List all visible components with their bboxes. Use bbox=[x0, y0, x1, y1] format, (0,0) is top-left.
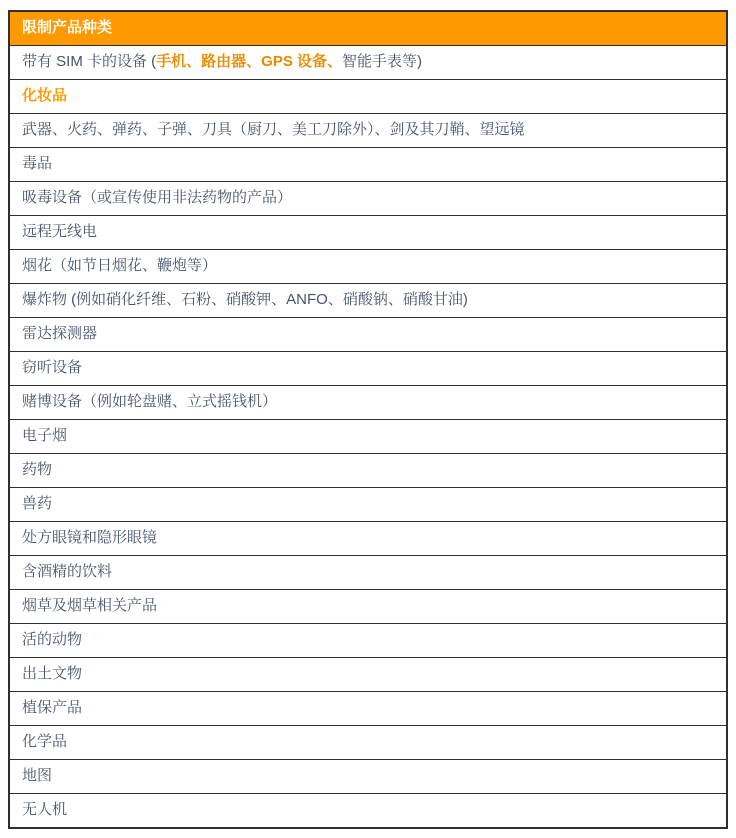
row-cell: 雷达探测器 bbox=[9, 318, 727, 352]
row-text: 处方眼镜和隐形眼镜 bbox=[22, 529, 157, 546]
table-row: 处方眼镜和隐形眼镜 bbox=[9, 522, 727, 556]
row-text: 智能手表等) bbox=[342, 53, 422, 70]
row-cell: 吸毒设备（或宣传使用非法药物的产品） bbox=[9, 182, 727, 216]
row-cell: 地图 bbox=[9, 760, 727, 794]
header-row: 限制产品种类 bbox=[9, 11, 727, 46]
row-text: 窃听设备 bbox=[22, 359, 82, 376]
table-row: 出土文物 bbox=[9, 658, 727, 692]
table-row: 远程无线电 bbox=[9, 216, 727, 250]
table-head: 限制产品种类 bbox=[9, 11, 727, 46]
row-text: 毒品 bbox=[22, 155, 52, 172]
table-row: 烟花（如节日烟花、鞭炮等） bbox=[9, 250, 727, 284]
row-text: 吸毒设备（或宣传使用非法药物的产品） bbox=[22, 189, 292, 206]
row-cell: 毒品 bbox=[9, 148, 727, 182]
row-text: 含酒精的饮料 bbox=[22, 563, 112, 580]
row-text: 植保产品 bbox=[22, 699, 82, 716]
row-cell: 兽药 bbox=[9, 488, 727, 522]
row-text: 无人机 bbox=[22, 801, 67, 818]
row-cell: 烟花（如节日烟花、鞭炮等） bbox=[9, 250, 727, 284]
row-text-highlight: 化妆品 bbox=[22, 87, 67, 104]
table-row: 雷达探测器 bbox=[9, 318, 727, 352]
table-row: 兽药 bbox=[9, 488, 727, 522]
row-text: 兽药 bbox=[22, 495, 52, 512]
row-cell: 无人机 bbox=[9, 794, 727, 829]
page: 限制产品种类 带有 SIM 卡的设备 (手机、路由器、GPS 设备、智能手表等)… bbox=[0, 0, 736, 838]
row-text: 药物 bbox=[22, 461, 52, 478]
table-row: 电子烟 bbox=[9, 420, 727, 454]
table-row: 毒品 bbox=[9, 148, 727, 182]
row-cell: 爆炸物 (例如硝化纤维、石粉、硝酸钾、ANFO、硝酸钠、硝酸甘油) bbox=[9, 284, 727, 318]
row-text: 电子烟 bbox=[22, 427, 67, 444]
table-row: 烟草及烟草相关产品 bbox=[9, 590, 727, 624]
row-cell: 化妆品 bbox=[9, 80, 727, 114]
table-row: 化学品 bbox=[9, 726, 727, 760]
row-text: 赌博设备（例如轮盘赌、立式摇钱机） bbox=[22, 393, 277, 410]
row-text: 雷达探测器 bbox=[22, 325, 97, 342]
row-text: 地图 bbox=[22, 767, 52, 784]
table-row: 药物 bbox=[9, 454, 727, 488]
row-text: 远程无线电 bbox=[22, 223, 97, 240]
row-text: 爆炸物 (例如硝化纤维、石粉、硝酸钾、ANFO、硝酸钠、硝酸甘油) bbox=[22, 291, 468, 308]
row-text: 烟草及烟草相关产品 bbox=[22, 597, 157, 614]
table-row: 爆炸物 (例如硝化纤维、石粉、硝酸钾、ANFO、硝酸钠、硝酸甘油) bbox=[9, 284, 727, 318]
table-row: 含酒精的饮料 bbox=[9, 556, 727, 590]
row-text: 化学品 bbox=[22, 733, 67, 750]
row-cell: 远程无线电 bbox=[9, 216, 727, 250]
row-cell: 化学品 bbox=[9, 726, 727, 760]
table-body: 带有 SIM 卡的设备 (手机、路由器、GPS 设备、智能手表等)化妆品武器、火… bbox=[9, 46, 727, 829]
row-cell: 窃听设备 bbox=[9, 352, 727, 386]
row-text: 武器、火药、弹药、子弹、刀具（厨刀、美工刀除外）、剑及其刀鞘、望远镜 bbox=[22, 121, 525, 138]
row-text-highlight: 手机、路由器、GPS 设备、 bbox=[156, 53, 342, 70]
row-text: 烟花（如节日烟花、鞭炮等） bbox=[22, 257, 217, 274]
row-cell: 植保产品 bbox=[9, 692, 727, 726]
table-row: 带有 SIM 卡的设备 (手机、路由器、GPS 设备、智能手表等) bbox=[9, 46, 727, 80]
table-header-cell: 限制产品种类 bbox=[9, 11, 727, 46]
row-text: 活的动物 bbox=[22, 631, 82, 648]
table-row: 武器、火药、弹药、子弹、刀具（厨刀、美工刀除外）、剑及其刀鞘、望远镜 bbox=[9, 114, 727, 148]
table-row: 吸毒设备（或宣传使用非法药物的产品） bbox=[9, 182, 727, 216]
restricted-products-table: 限制产品种类 带有 SIM 卡的设备 (手机、路由器、GPS 设备、智能手表等)… bbox=[8, 10, 728, 829]
row-cell: 处方眼镜和隐形眼镜 bbox=[9, 522, 727, 556]
table-row: 化妆品 bbox=[9, 80, 727, 114]
row-cell: 活的动物 bbox=[9, 624, 727, 658]
row-cell: 出土文物 bbox=[9, 658, 727, 692]
table-row: 活的动物 bbox=[9, 624, 727, 658]
table-row: 窃听设备 bbox=[9, 352, 727, 386]
row-text: 出土文物 bbox=[22, 665, 82, 682]
row-cell: 电子烟 bbox=[9, 420, 727, 454]
row-cell: 赌博设备（例如轮盘赌、立式摇钱机） bbox=[9, 386, 727, 420]
row-text: 带有 SIM 卡的设备 ( bbox=[22, 53, 156, 70]
row-cell: 含酒精的饮料 bbox=[9, 556, 727, 590]
row-cell: 武器、火药、弹药、子弹、刀具（厨刀、美工刀除外）、剑及其刀鞘、望远镜 bbox=[9, 114, 727, 148]
row-cell: 药物 bbox=[9, 454, 727, 488]
table-row: 无人机 bbox=[9, 794, 727, 829]
table-row: 赌博设备（例如轮盘赌、立式摇钱机） bbox=[9, 386, 727, 420]
row-cell: 带有 SIM 卡的设备 (手机、路由器、GPS 设备、智能手表等) bbox=[9, 46, 727, 80]
table-row: 植保产品 bbox=[9, 692, 727, 726]
row-cell: 烟草及烟草相关产品 bbox=[9, 590, 727, 624]
table-row: 地图 bbox=[9, 760, 727, 794]
